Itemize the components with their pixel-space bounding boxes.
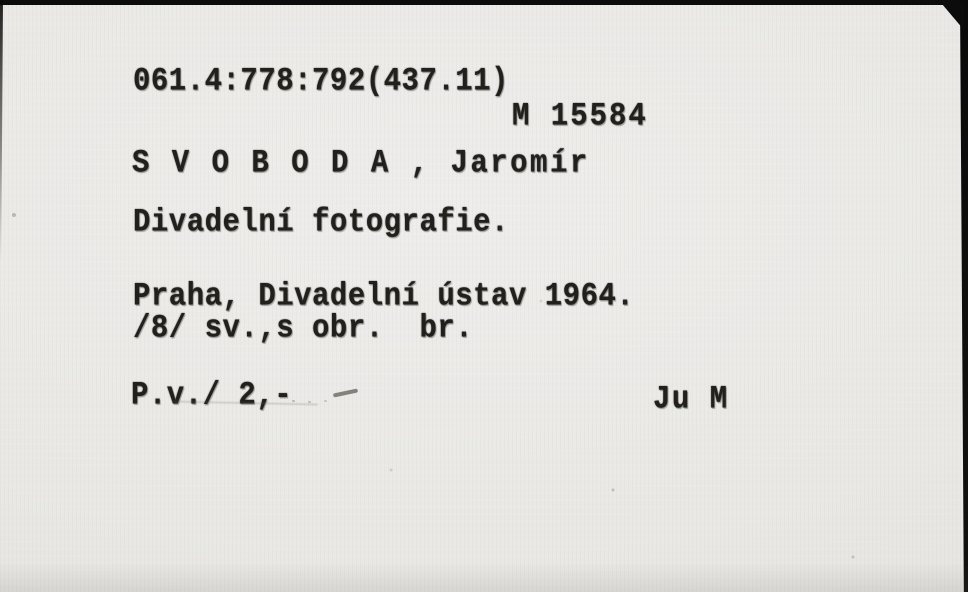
paper-specks xyxy=(0,0,2,2)
scan-edge-top xyxy=(0,0,968,5)
price-line: P.v./ 2,- xyxy=(131,379,292,411)
catalog-card-scan: 061.4:778:792(437.11) M 15584 S V O B O … xyxy=(0,0,968,592)
author-heading: S V O B O D A , Jaromír xyxy=(132,147,590,179)
scan-bottom-shadow xyxy=(0,562,968,592)
accession-number: M 15584 xyxy=(512,100,648,132)
classification-number: 061.4:778:792(437.11) xyxy=(133,65,509,97)
imprint-line: Praha, Divadelní ústav 1964. xyxy=(133,280,634,312)
cataloguer-initials: Ju M xyxy=(653,383,729,415)
title-line: Divadelní fotografie. xyxy=(133,206,509,238)
pencil-dot-trail xyxy=(292,400,295,402)
pencil-dash-mark xyxy=(333,388,358,397)
scan-edge-left xyxy=(0,0,3,262)
collation-line: /8/ sv.,s obr. br. xyxy=(133,312,473,344)
scan-edge-right xyxy=(960,0,968,592)
scan-corner-top-right xyxy=(942,4,964,30)
